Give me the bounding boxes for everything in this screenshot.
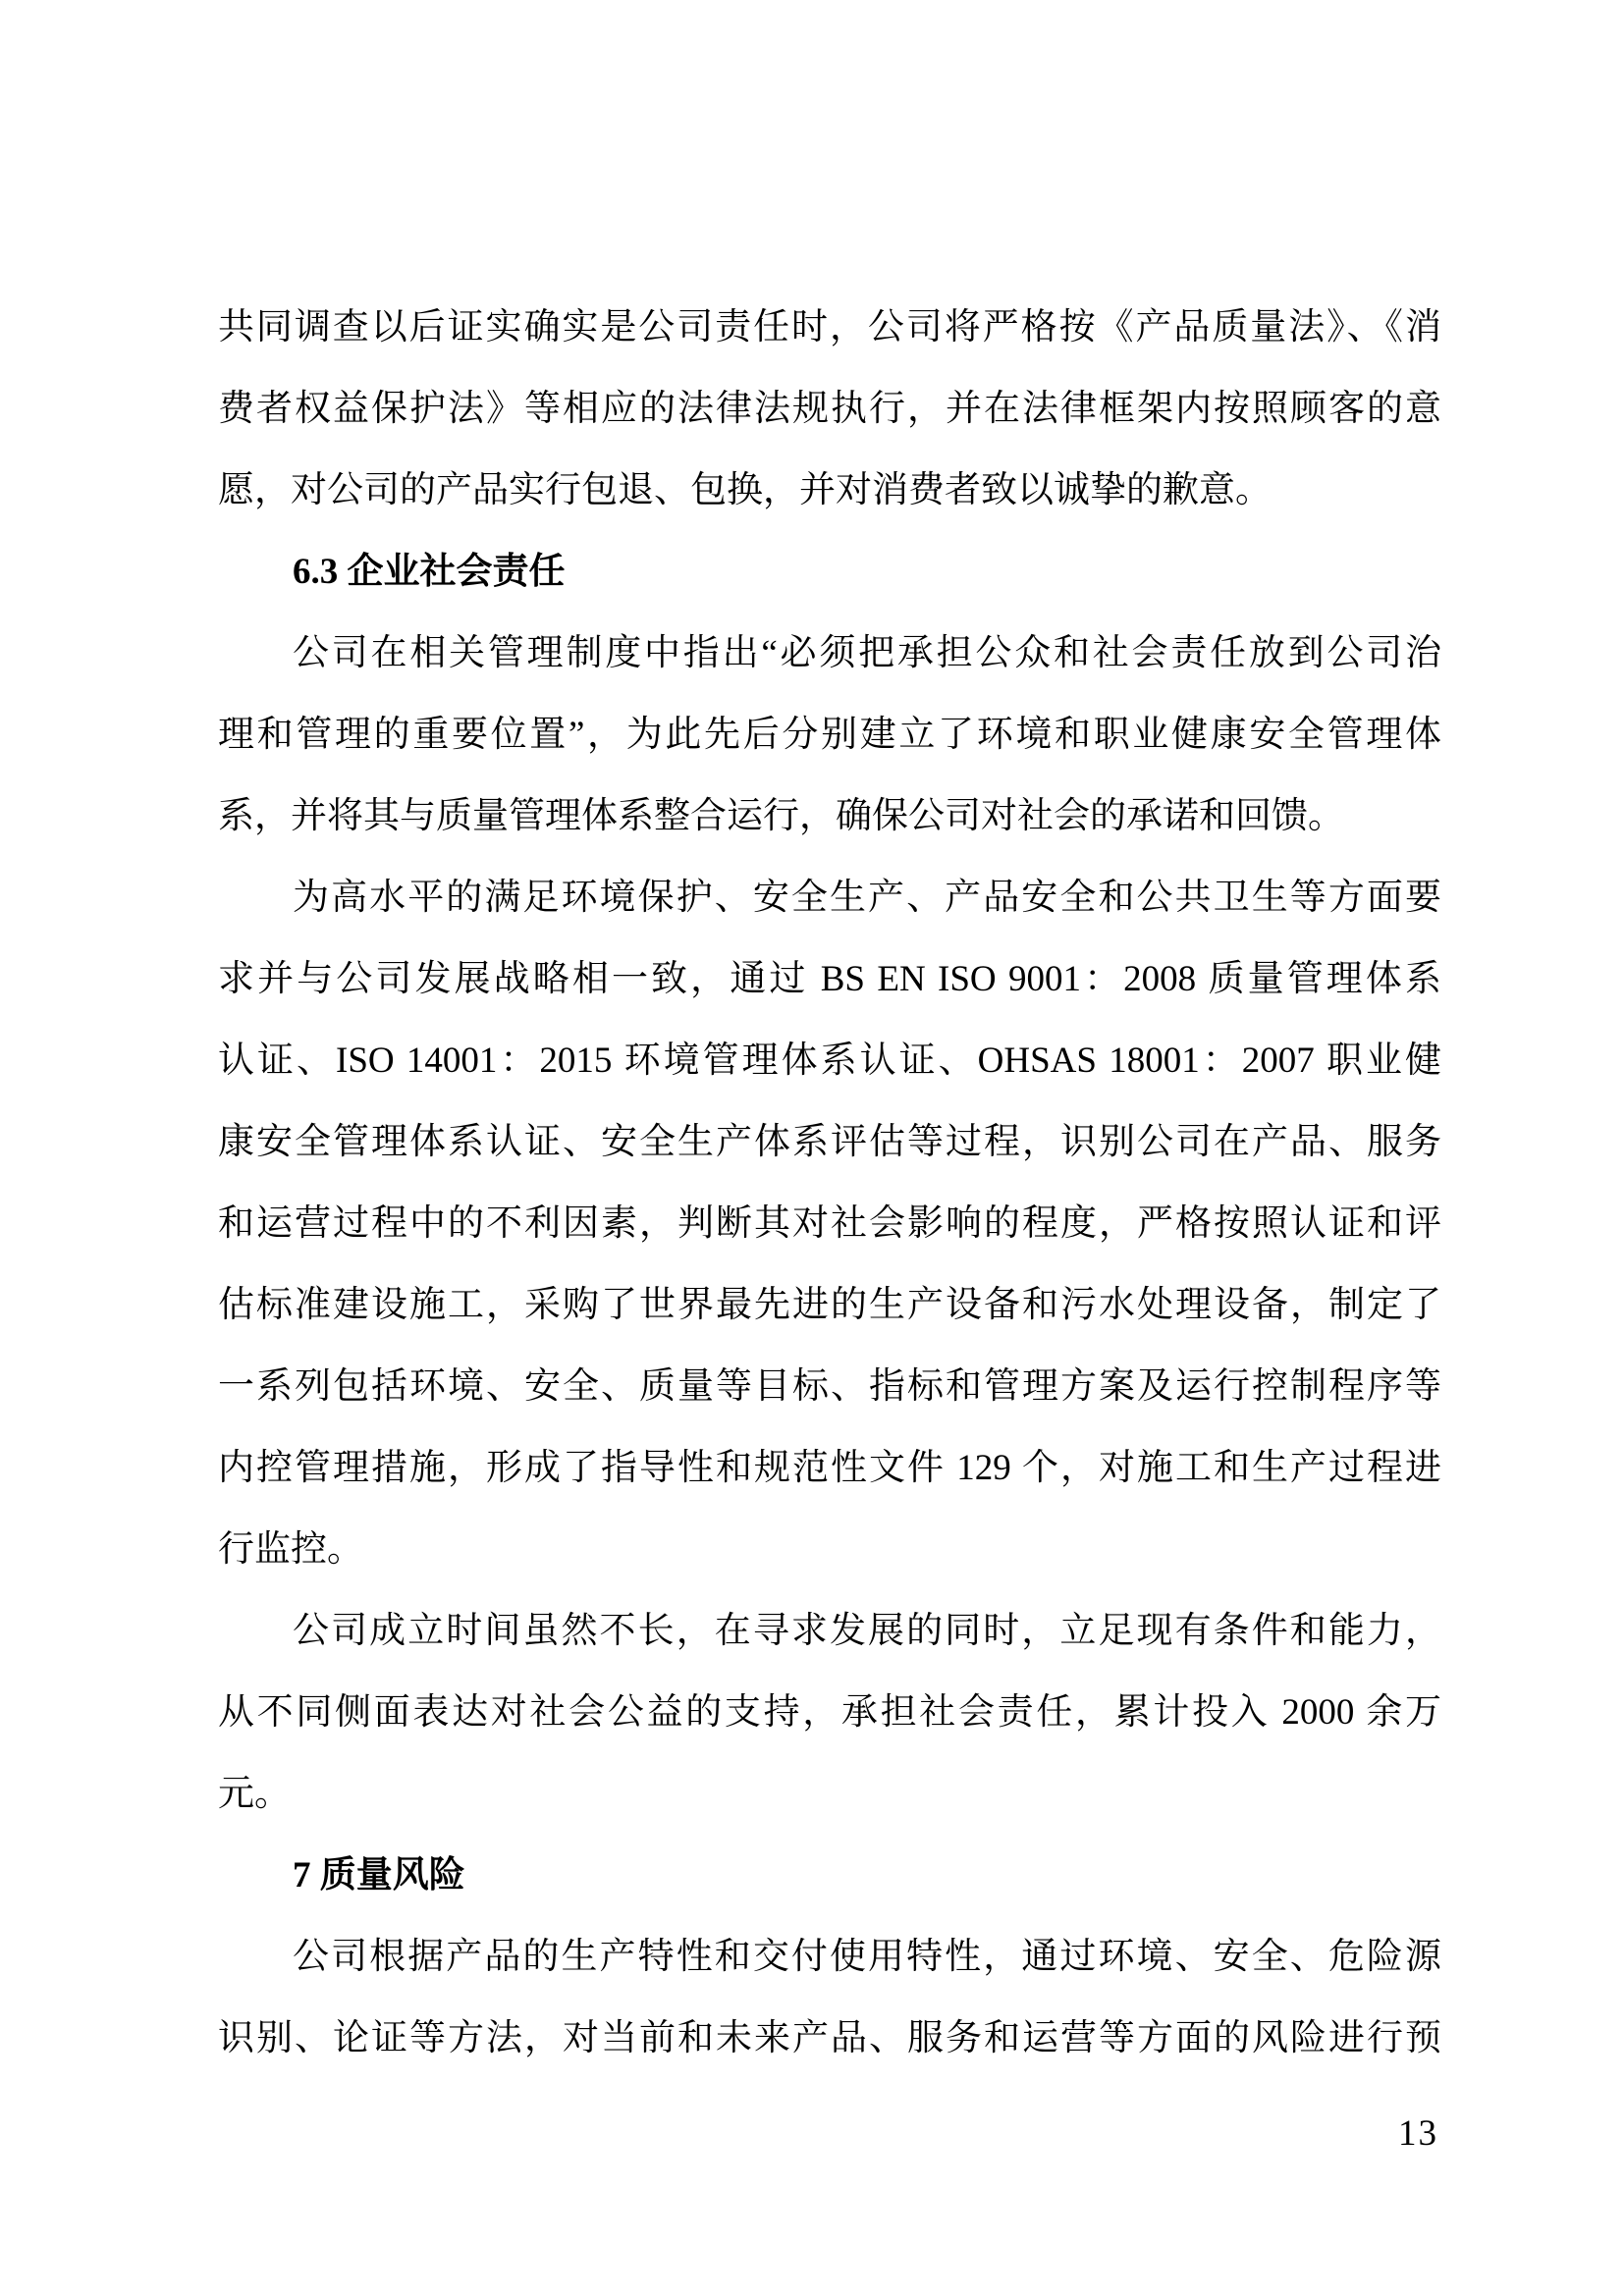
- text-line: 公司成立时间虽然不长，在寻求发展的同时，立足现有条件和能力，: [218, 1590, 1441, 1672]
- text-line: 估标准建设施工，采购了世界最先进的生产设备和污水处理设备，制定了: [218, 1264, 1441, 1346]
- text-line: 元。: [218, 1753, 1441, 1835]
- section-heading: 7 质量风险: [218, 1835, 1441, 1916]
- text-line: 愿，对公司的产品实行包退、包换，并对消费者致以诚挚的歉意。: [218, 450, 1441, 531]
- text-line: 一系列包括环境、安全、质量等目标、指标和管理方案及运行控制程序等: [218, 1346, 1441, 1427]
- text-line: 费者权益保护法》等相应的法律法规执行，并在法律框架内按照顾客的意: [218, 368, 1441, 450]
- document-page: 共同调查以后证实确实是公司责任时，公司将严格按《产品质量法》、《消费者权益保护法…: [0, 0, 1624, 2296]
- text-line: 康安全管理体系认证、安全生产体系评估等过程，识别公司在产品、服务: [218, 1101, 1441, 1183]
- text-line: 公司在相关管理制度中指出“必须把承担公众和社会责任放到公司治: [218, 613, 1441, 694]
- text-line: 行监控。: [218, 1509, 1441, 1590]
- text-line: 认证、ISO 14001：2015 环境管理体系认证、OHSAS 18001：2…: [218, 1020, 1441, 1101]
- text-line: 从不同侧面表达对社会公益的支持，承担社会责任，累计投入 2000 余万: [218, 1672, 1441, 1753]
- text-line: 为高水平的满足环境保护、安全生产、产品安全和公共卫生等方面要: [218, 857, 1441, 938]
- text-line: 求并与公司发展战略相一致，通过 BS EN ISO 9001：2008 质量管理…: [218, 938, 1441, 1020]
- text-line: 共同调查以后证实确实是公司责任时，公司将严格按《产品质量法》、《消: [218, 287, 1441, 368]
- text-line: 识别、论证等方法，对当前和未来产品、服务和运营等方面的风险进行预: [218, 1998, 1441, 2079]
- text-line: 系，并将其与质量管理体系整合运行，确保公司对社会的承诺和回馈。: [218, 775, 1441, 857]
- text-line: 和运营过程中的不利因素，判断其对社会影响的程度，严格按照认证和评: [218, 1183, 1441, 1264]
- page-number: 13: [1398, 2112, 1438, 2156]
- text-line: 公司根据产品的生产特性和交付使用特性，通过环境、安全、危险源: [218, 1916, 1441, 1998]
- text-line: 理和管理的重要位置”，为此先后分别建立了环境和职业健康安全管理体: [218, 694, 1441, 775]
- document-body: 共同调查以后证实确实是公司责任时，公司将严格按《产品质量法》、《消费者权益保护法…: [218, 287, 1441, 2079]
- text-line: 内控管理措施，形成了指导性和规范性文件 129 个，对施工和生产过程进: [218, 1427, 1441, 1509]
- section-heading: 6.3 企业社会责任: [218, 531, 1441, 613]
